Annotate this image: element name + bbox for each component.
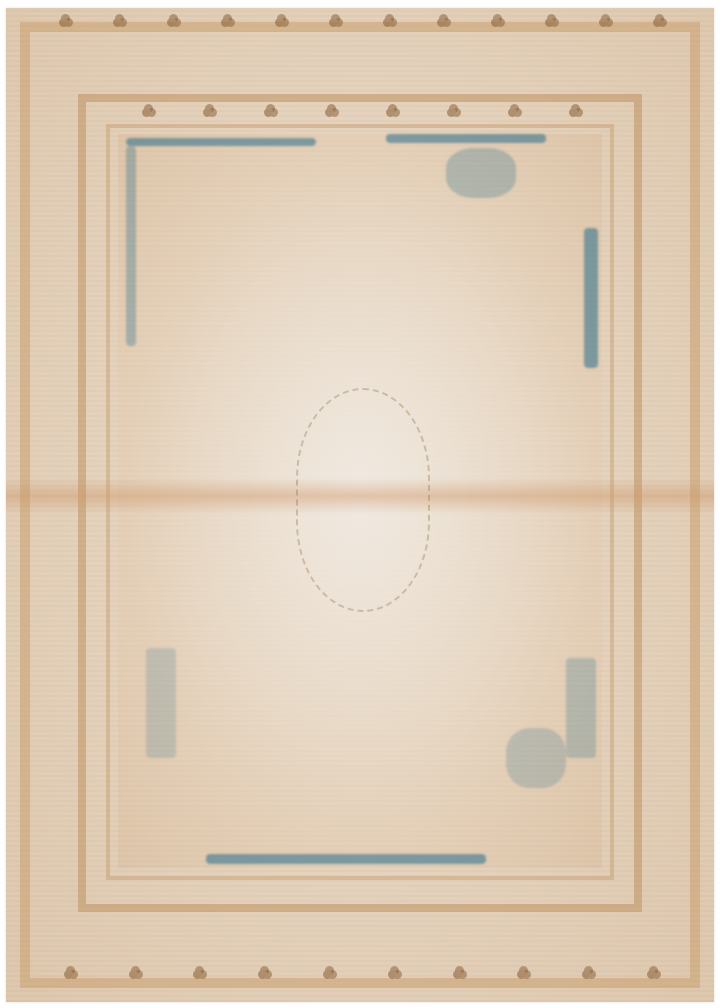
trefoil-motif-icon [129, 970, 138, 979]
trefoil-motif-icon [388, 970, 397, 979]
rug [6, 8, 714, 1002]
trefoil-motif-icon [647, 970, 656, 979]
corner-spandrel-top-left [126, 146, 136, 346]
corner-spandrel-top-right [446, 148, 516, 198]
corner-spandrel-bottom [206, 854, 486, 864]
trefoil-motif-icon [193, 970, 202, 979]
motif-band-top [36, 16, 684, 28]
trefoil-motif-icon [582, 970, 591, 979]
trefoil-motif-icon [329, 18, 338, 27]
trefoil-motif-icon [491, 18, 500, 27]
corner-spandrel-bottom-left [146, 648, 176, 758]
trefoil-motif-icon [437, 18, 446, 27]
trefoil-motif-icon [258, 970, 267, 979]
trefoil-motif-icon [221, 18, 230, 27]
trefoil-motif-icon [599, 18, 608, 27]
trefoil-motif-icon [59, 18, 68, 27]
trefoil-motif-icon [113, 18, 122, 27]
trefoil-motif-icon [323, 970, 332, 979]
corner-spandrel-right [584, 228, 598, 368]
trefoil-motif-icon [517, 970, 526, 979]
corner-spandrel-top-left [126, 138, 316, 146]
center-medallion [296, 388, 430, 612]
corner-spandrel-bottom-right [566, 658, 596, 758]
trefoil-motif-icon [453, 970, 462, 979]
trefoil-motif-icon [64, 970, 73, 979]
trefoil-motif-icon [275, 18, 284, 27]
trefoil-motif-icon [545, 18, 554, 27]
corner-spandrel-bottom-right [506, 728, 566, 788]
motif-band-bottom [36, 968, 684, 980]
trefoil-motif-icon [653, 18, 662, 27]
trefoil-motif-icon [167, 18, 176, 27]
trefoil-motif-icon [383, 18, 392, 27]
corner-spandrel-top-right [386, 134, 546, 143]
